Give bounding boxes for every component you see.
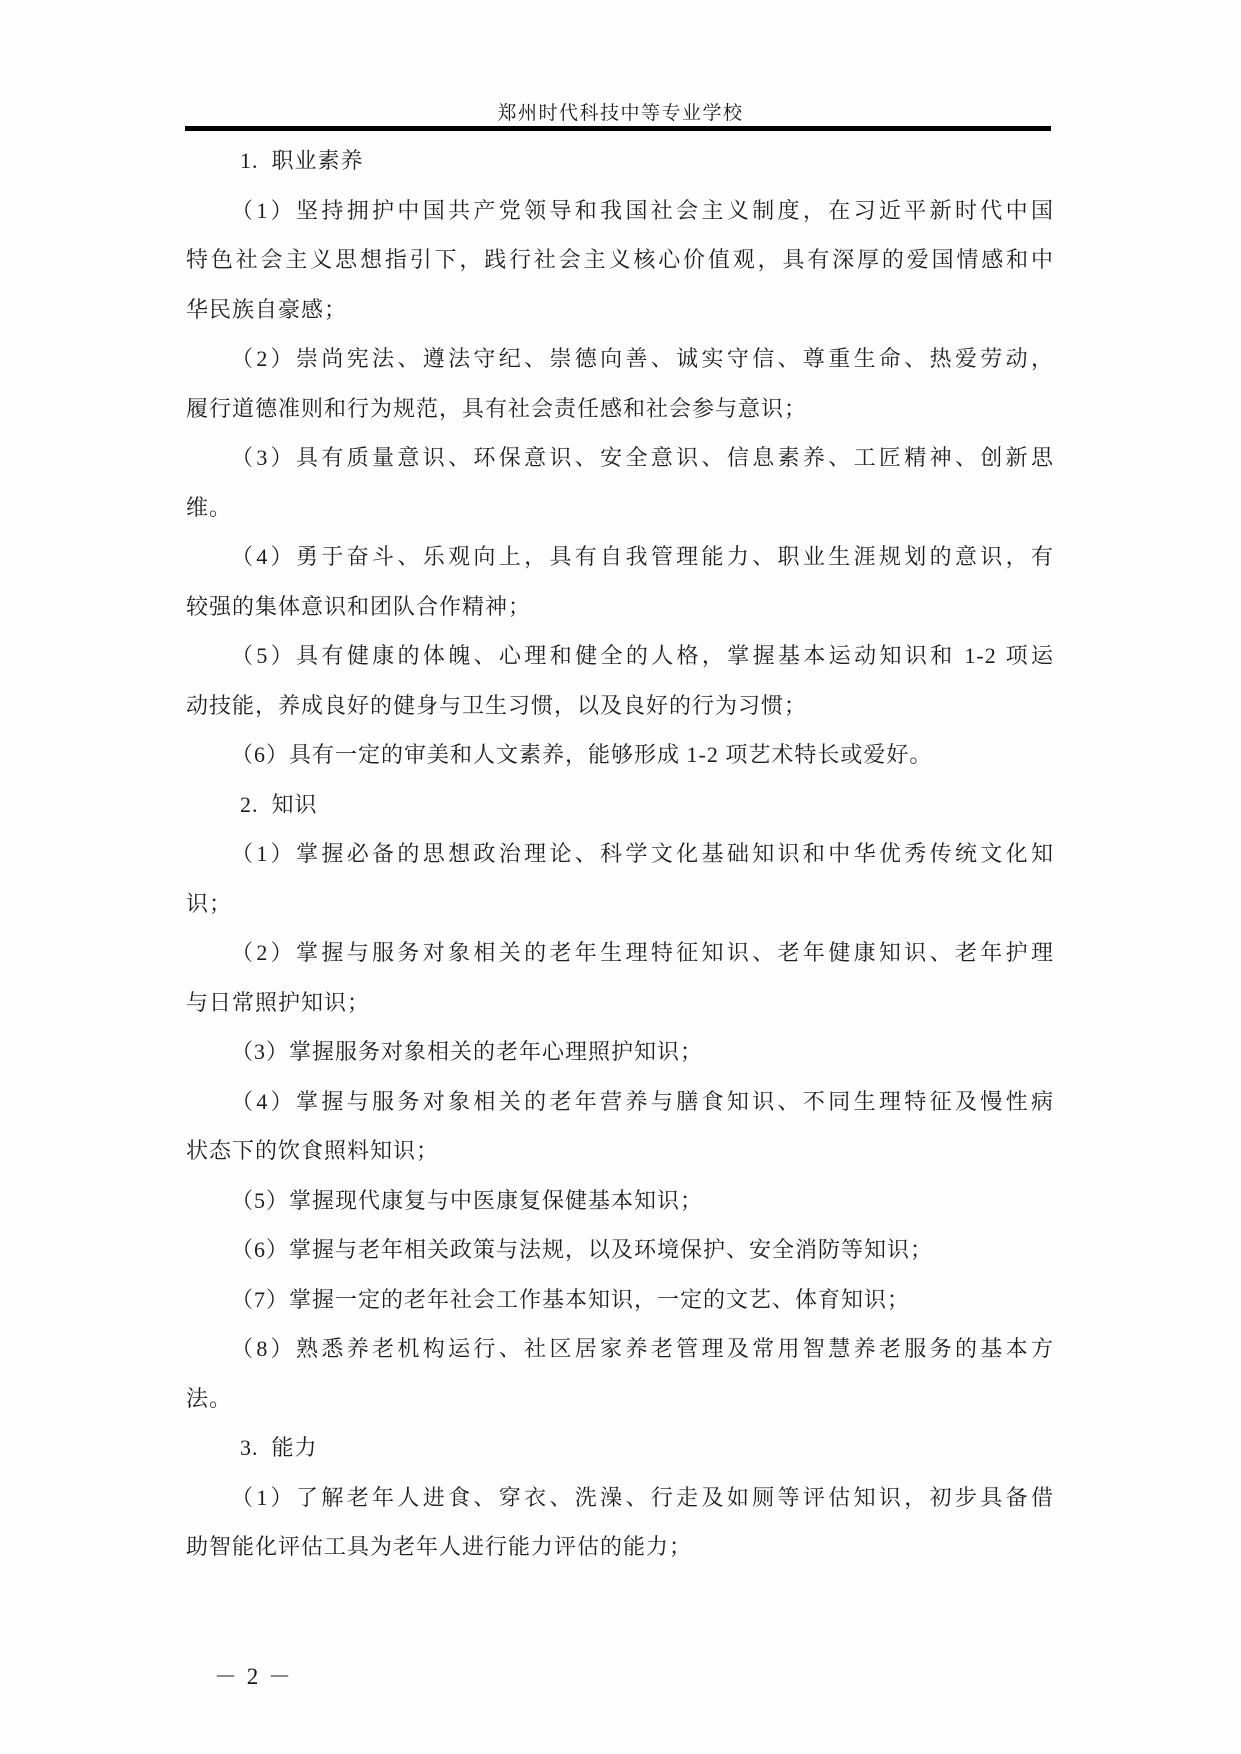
text-line: 1. 职业素养 <box>186 136 1054 186</box>
text-line: （8）熟悉养老机构运行、社区居家养老管理及常用智慧养老服务的基本方 <box>186 1324 1054 1374</box>
text-line: （2）崇尚宪法、遵法守纪、崇德向善、诚实守信、尊重生命、热爱劳动， <box>186 334 1054 384</box>
text-line: （1）掌握必备的思想政治理论、科学文化基础知识和中华优秀传统文化知 <box>186 829 1054 879</box>
text-line: （1）了解老年人进食、穿衣、洗澡、行走及如厕等评估知识，初步具备借 <box>186 1473 1054 1523</box>
text-line: 助智能化评估工具为老年人进行能力评估的能力； <box>186 1522 1054 1572</box>
document-body: 1. 职业素养（1）坚持拥护中国共产党领导和我国社会主义制度，在习近平新时代中国… <box>186 136 1054 1572</box>
school-name: 郑州时代科技中等专业学校 <box>497 103 743 124</box>
text-line: （6）掌握与老年相关政策与法规，以及环境保护、安全消防等知识； <box>186 1225 1054 1275</box>
text-line: （5）掌握现代康复与中医康复保健基本知识； <box>186 1176 1054 1226</box>
text-line: （2）掌握与服务对象相关的老年生理特征知识、老年健康知识、老年护理 <box>186 928 1054 978</box>
page-footer: － 2 － <box>183 1632 293 1717</box>
text-line: 3. 能力 <box>186 1423 1054 1473</box>
text-line: （4）勇于奋斗、乐观向上，具有自我管理能力、职业生涯规划的意识，有 <box>186 532 1054 582</box>
text-line: （5）具有健康的体魄、心理和健全的人格，掌握基本运动知识和 1-2 项运 <box>186 631 1054 681</box>
text-line: 履行道德准则和行为规范，具有社会责任感和社会参与意识； <box>186 384 1054 434</box>
text-line: （3）具有质量意识、环保意识、安全意识、信息素养、工匠精神、创新思 <box>186 433 1054 483</box>
text-line: 与日常照护知识； <box>186 978 1054 1028</box>
text-line: （1）坚持拥护中国共产党领导和我国社会主义制度，在习近平新时代中国 <box>186 186 1054 236</box>
text-line: （4）掌握与服务对象相关的老年营养与膳食知识、不同生理特征及慢性病 <box>186 1077 1054 1127</box>
text-line: 较强的集体意识和团队合作精神； <box>186 582 1054 632</box>
text-line: 2. 知识 <box>186 780 1054 830</box>
text-line: （6）具有一定的审美和人文素养，能够形成 1-2 项艺术特长或爱好。 <box>186 730 1054 780</box>
text-line: 华民族自豪感； <box>186 285 1054 335</box>
text-line: 法。 <box>186 1374 1054 1424</box>
text-line: 特色社会主义思想指引下，践行社会主义核心价值观，具有深厚的爱国情感和中 <box>186 235 1054 285</box>
text-line: 识； <box>186 879 1054 929</box>
text-line: （3）掌握服务对象相关的老年心理照护知识； <box>186 1027 1054 1077</box>
text-line: 动技能，养成良好的健身与卫生习惯，以及良好的行为习惯； <box>186 681 1054 731</box>
text-line: 状态下的饮食照料知识； <box>186 1126 1054 1176</box>
page-header: 郑州时代科技中等专业学校 <box>0 98 1241 125</box>
text-line: 维。 <box>186 483 1054 533</box>
page-number: － 2 － <box>214 1664 293 1689</box>
text-line: （7）掌握一定的老年社会工作基本知识，一定的文艺、体育知识； <box>186 1275 1054 1325</box>
document-page: 郑州时代科技中等专业学校 1. 职业素养（1）坚持拥护中国共产党领导和我国社会主… <box>0 0 1241 1754</box>
header-rule <box>185 126 1051 131</box>
